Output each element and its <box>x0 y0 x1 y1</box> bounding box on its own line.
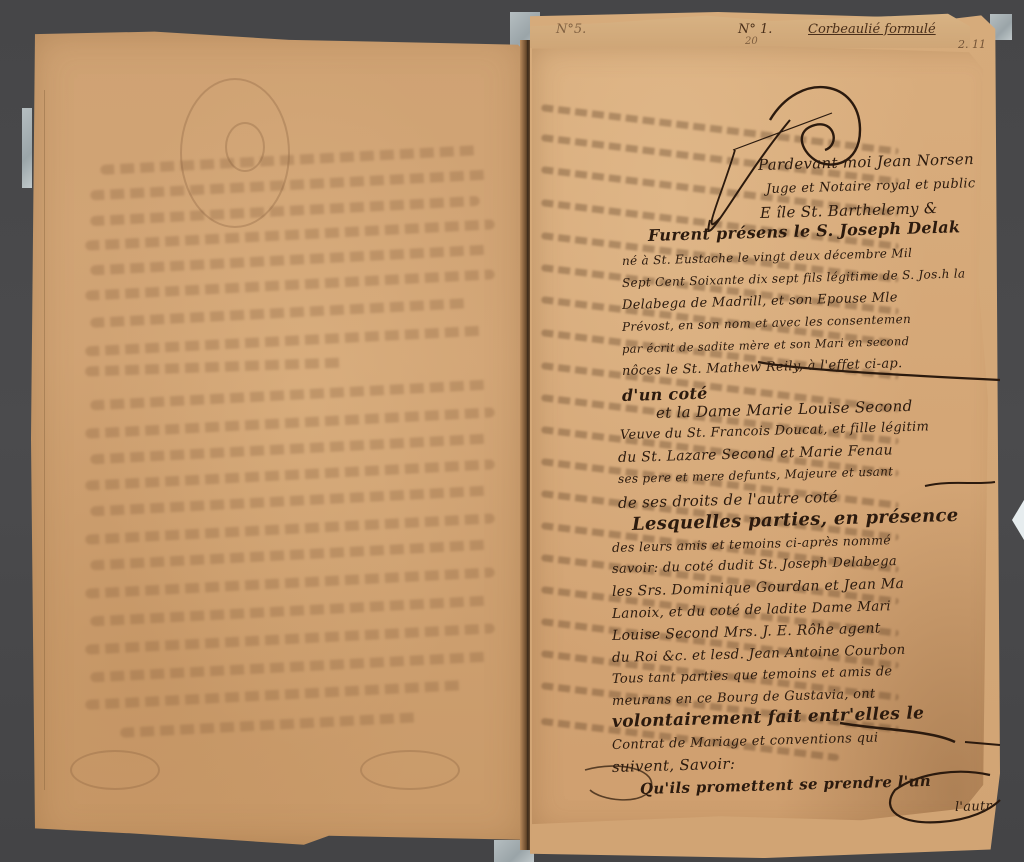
tape-right-edge <box>1012 500 1024 540</box>
bleed-through-text <box>30 30 528 848</box>
margin-rule <box>44 90 45 790</box>
text-line-28: suivent, Savoir: <box>612 755 736 776</box>
bleed-line <box>85 680 465 710</box>
bleed-flourish-bottom-right <box>360 750 460 790</box>
bleed-line <box>85 269 495 300</box>
header-left-mark: N°5. <box>556 22 586 37</box>
text-line-11: d'un coté <box>622 384 708 405</box>
bleed-line <box>90 596 490 627</box>
bleed-line <box>85 459 495 490</box>
bleed-line <box>85 623 495 654</box>
text-line-30: l'autr <box>955 799 992 815</box>
bleed-line <box>90 298 470 328</box>
header-number-sub: 20 <box>745 36 758 47</box>
header-number: N° 1. <box>738 22 772 37</box>
bleed-line <box>90 434 490 465</box>
bleed-flourish-inner <box>225 122 265 172</box>
bleed-line <box>85 567 495 598</box>
tape-left-edge <box>22 108 32 188</box>
bleed-line <box>90 380 490 411</box>
bleed-line <box>85 407 495 438</box>
bleed-line <box>100 145 480 175</box>
bleed-line <box>90 486 490 517</box>
bleed-line <box>85 513 495 544</box>
bleed-line <box>120 712 420 738</box>
bleed-line <box>90 196 480 226</box>
bleed-line <box>85 357 345 376</box>
bleed-line <box>90 245 490 276</box>
scan-background: N°5. N° 1. 20 Corbeaulié formulé 2. 11 <box>0 0 1024 862</box>
bleed-flourish-bottom <box>70 750 160 790</box>
bleed-line <box>85 326 485 357</box>
bleed-line <box>90 652 490 683</box>
bleed-line <box>85 219 495 250</box>
header-title: Corbeaulié formulé <box>808 22 936 37</box>
bleed-flourish <box>180 78 290 228</box>
bleed-line <box>90 170 490 201</box>
header-right-mark: 2. 11 <box>958 38 986 51</box>
bleed-line <box>90 540 490 571</box>
left-page <box>30 30 528 848</box>
